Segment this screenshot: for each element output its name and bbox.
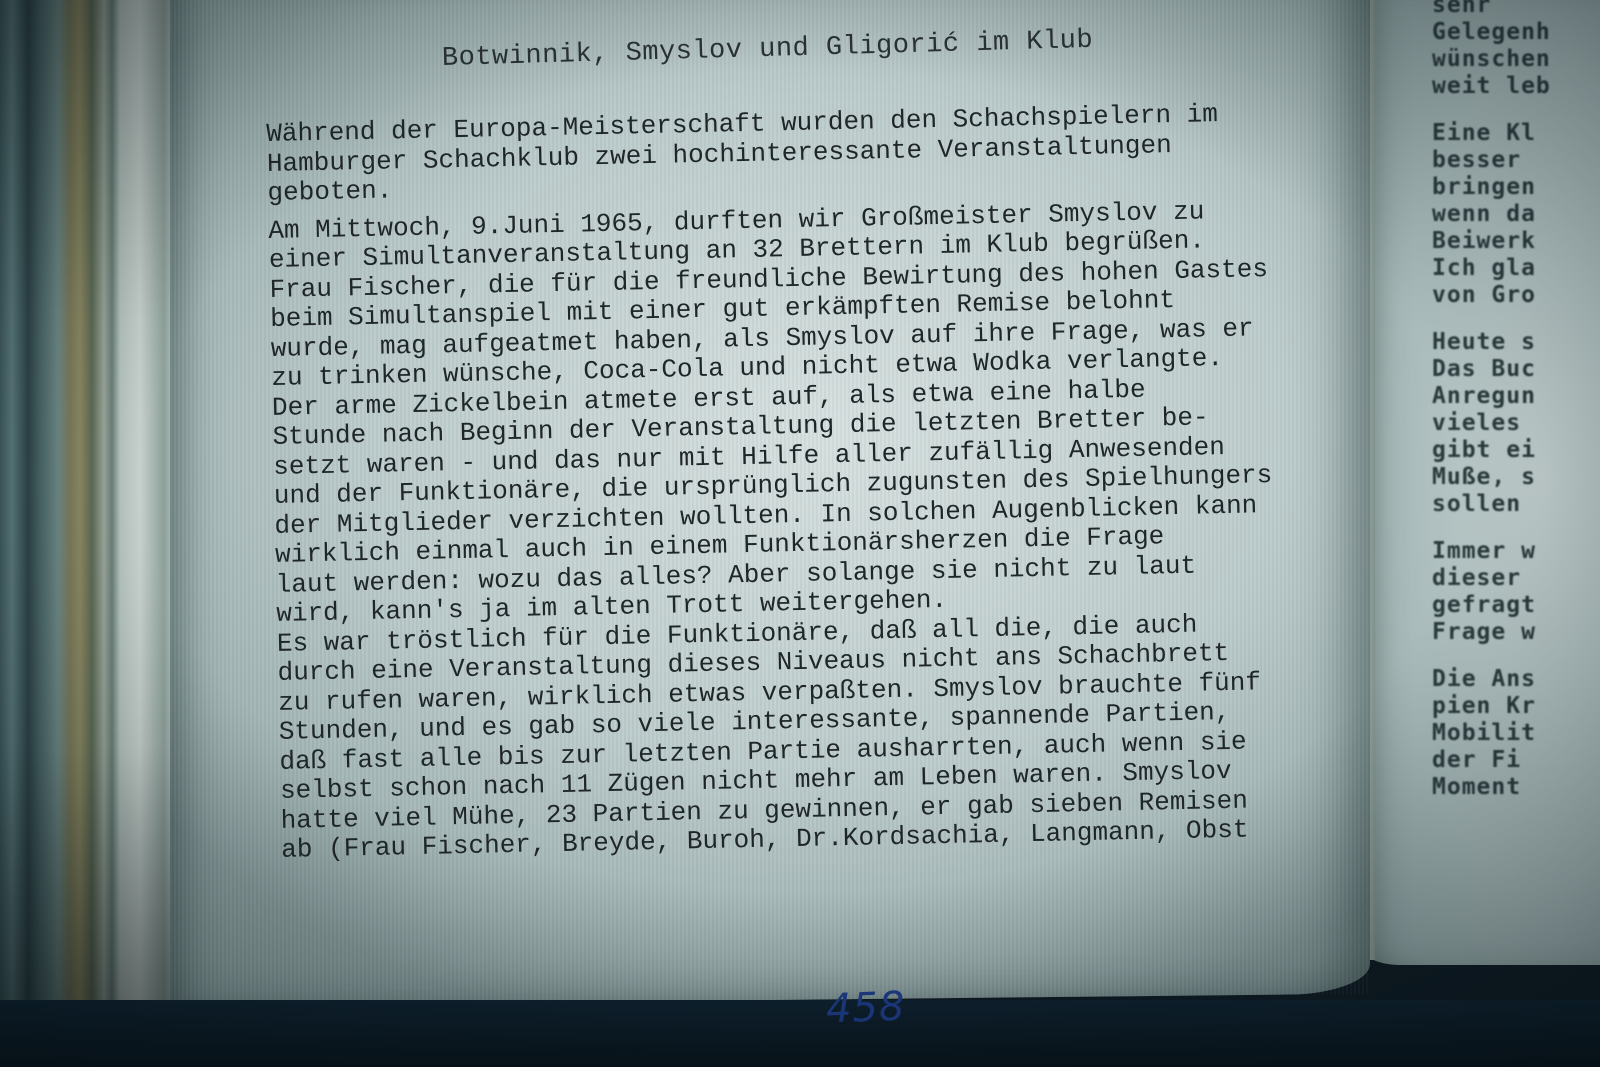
background-surface: [0, 1000, 1600, 1067]
text-line: Eine Kl: [1432, 120, 1551, 147]
text-line: sehr: [1432, 0, 1551, 19]
text-line: Moment: [1432, 774, 1551, 801]
text-line: Frage w: [1432, 619, 1551, 646]
text-line: Mobilit: [1432, 720, 1551, 747]
text-line: sollen: [1432, 491, 1551, 518]
text-line: gefragt: [1432, 592, 1551, 619]
paragraph-gap: [1432, 646, 1551, 666]
text-line: Ich gla: [1432, 255, 1551, 282]
text-line: gibt ei: [1432, 437, 1551, 464]
text-line: wünschen: [1432, 46, 1551, 73]
text-line: dieser: [1432, 565, 1551, 592]
text-line: Immer w: [1432, 538, 1551, 565]
text-line: bringen: [1432, 174, 1551, 201]
article-body: Während der Europa-Meisterschaft wurden …: [266, 97, 1361, 865]
text-line: von Gro: [1432, 282, 1551, 309]
paragraph-gap: [1432, 518, 1551, 538]
text-line: der Fi: [1432, 747, 1551, 774]
text-line: Beiwerk: [1432, 228, 1551, 255]
book-photo: Botwinnik, Smyslov und Gligorić im Klub …: [0, 0, 1600, 1067]
text-line: Anregun: [1432, 383, 1551, 410]
text-line: Heute s: [1432, 329, 1551, 356]
text-line: wenn da: [1432, 201, 1551, 228]
text-line: Gelegenh: [1432, 19, 1551, 46]
right-page-text: sehrGelegenhwünschenweit lebEine Klbesse…: [1432, 0, 1551, 801]
text-line: Das Buc: [1432, 356, 1551, 383]
paragraph-gap: [1432, 100, 1551, 120]
text-line: vieles: [1432, 410, 1551, 437]
page-number: 458: [825, 984, 906, 1033]
text-line: Die Ans: [1432, 666, 1551, 693]
text-line: besser: [1432, 147, 1551, 174]
text-line: weit leb: [1432, 73, 1551, 100]
paragraph-gap: [1432, 309, 1551, 329]
text-line: Muße, s: [1432, 464, 1551, 491]
text-line: pien Kr: [1432, 693, 1551, 720]
